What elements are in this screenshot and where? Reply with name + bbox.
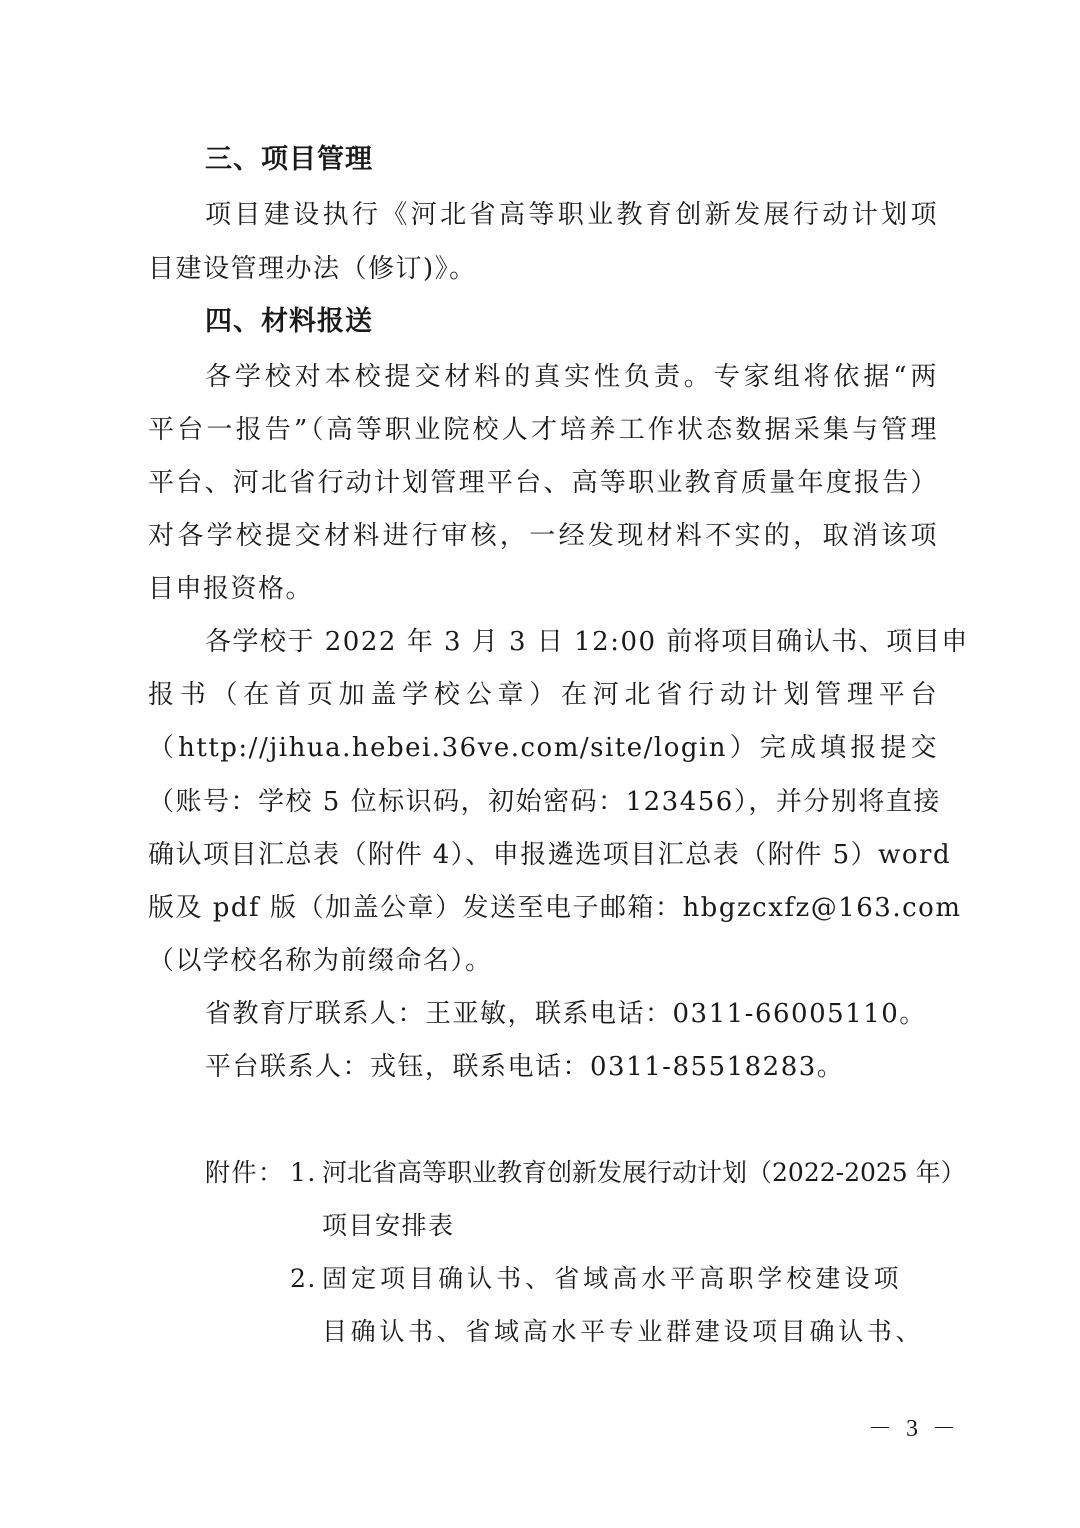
paragraph-line: 各学校对本校提交材料的真实性负责。专家组将依据“两 <box>205 360 938 394</box>
platform-url-line: （http://jihua.hebei.36ve.com/site/login）… <box>148 731 938 765</box>
paragraph-line: （账号：学校 5 位标识码，初始密码：123456），并分别将直接 <box>148 785 938 819</box>
paragraph-line: 对各学校提交材料进行审核，一经发现材料不实的，取消该项 <box>148 519 938 553</box>
contact-education-dept: 省教育厅联系人：王亚敏，联系电话：0311-66005110。 <box>205 997 938 1031</box>
paragraph-line: 各学校于 2022 年 3 月 3 日 12:00 前将项目确认书、项目申 <box>205 625 938 659</box>
section-3-line: 目建设管理办法（修订)》。 <box>148 252 938 286</box>
email-line: 版及 pdf 版（加盖公章）发送至电子邮箱：hbgzcxfz@163.com <box>148 891 938 925</box>
attachment-item: 固定项目确认书、省域高水平高职学校建设项 <box>322 1262 900 1296</box>
attachments-label: 附件： <box>205 1156 295 1190</box>
paragraph-line: 报书（在首页加盖学校公章）在河北省行动计划管理平台 <box>148 678 938 712</box>
contact-platform: 平台联系人：戎钰，联系电话：0311-85518283。 <box>205 1050 938 1084</box>
attachment-item: 项目安排表 <box>322 1209 938 1243</box>
paragraph-line: （以学校名称为前缀命名）。 <box>148 944 938 978</box>
paragraph-line: 目申报资格。 <box>148 572 938 606</box>
paragraph-line: 平台、河北省行动计划管理平台、高等职业教育质量年度报告） <box>148 466 938 500</box>
attachment-item: 目确认书、省域高水平专业群建设项目确认书、 <box>322 1315 922 1349</box>
paragraph-line: 确认项目汇总表（附件 4）、申报遴选项目汇总表（附件 5）word <box>148 838 938 872</box>
attachment-item: 河北省高等职业教育创新发展行动计划（2022-2025 年） <box>322 1156 938 1190</box>
section-3-heading: 三、项目管理 <box>205 143 938 177</box>
paragraph-line: 平台一报告”（高等职业院校人才培养工作状态数据采集与管理 <box>148 413 938 447</box>
section-3-line: 项目建设执行《河北省高等职业教育创新发展行动计划项 <box>205 198 938 232</box>
section-4-heading: 四、材料报送 <box>205 305 938 339</box>
page-number: － 3 － <box>868 1408 960 1443</box>
